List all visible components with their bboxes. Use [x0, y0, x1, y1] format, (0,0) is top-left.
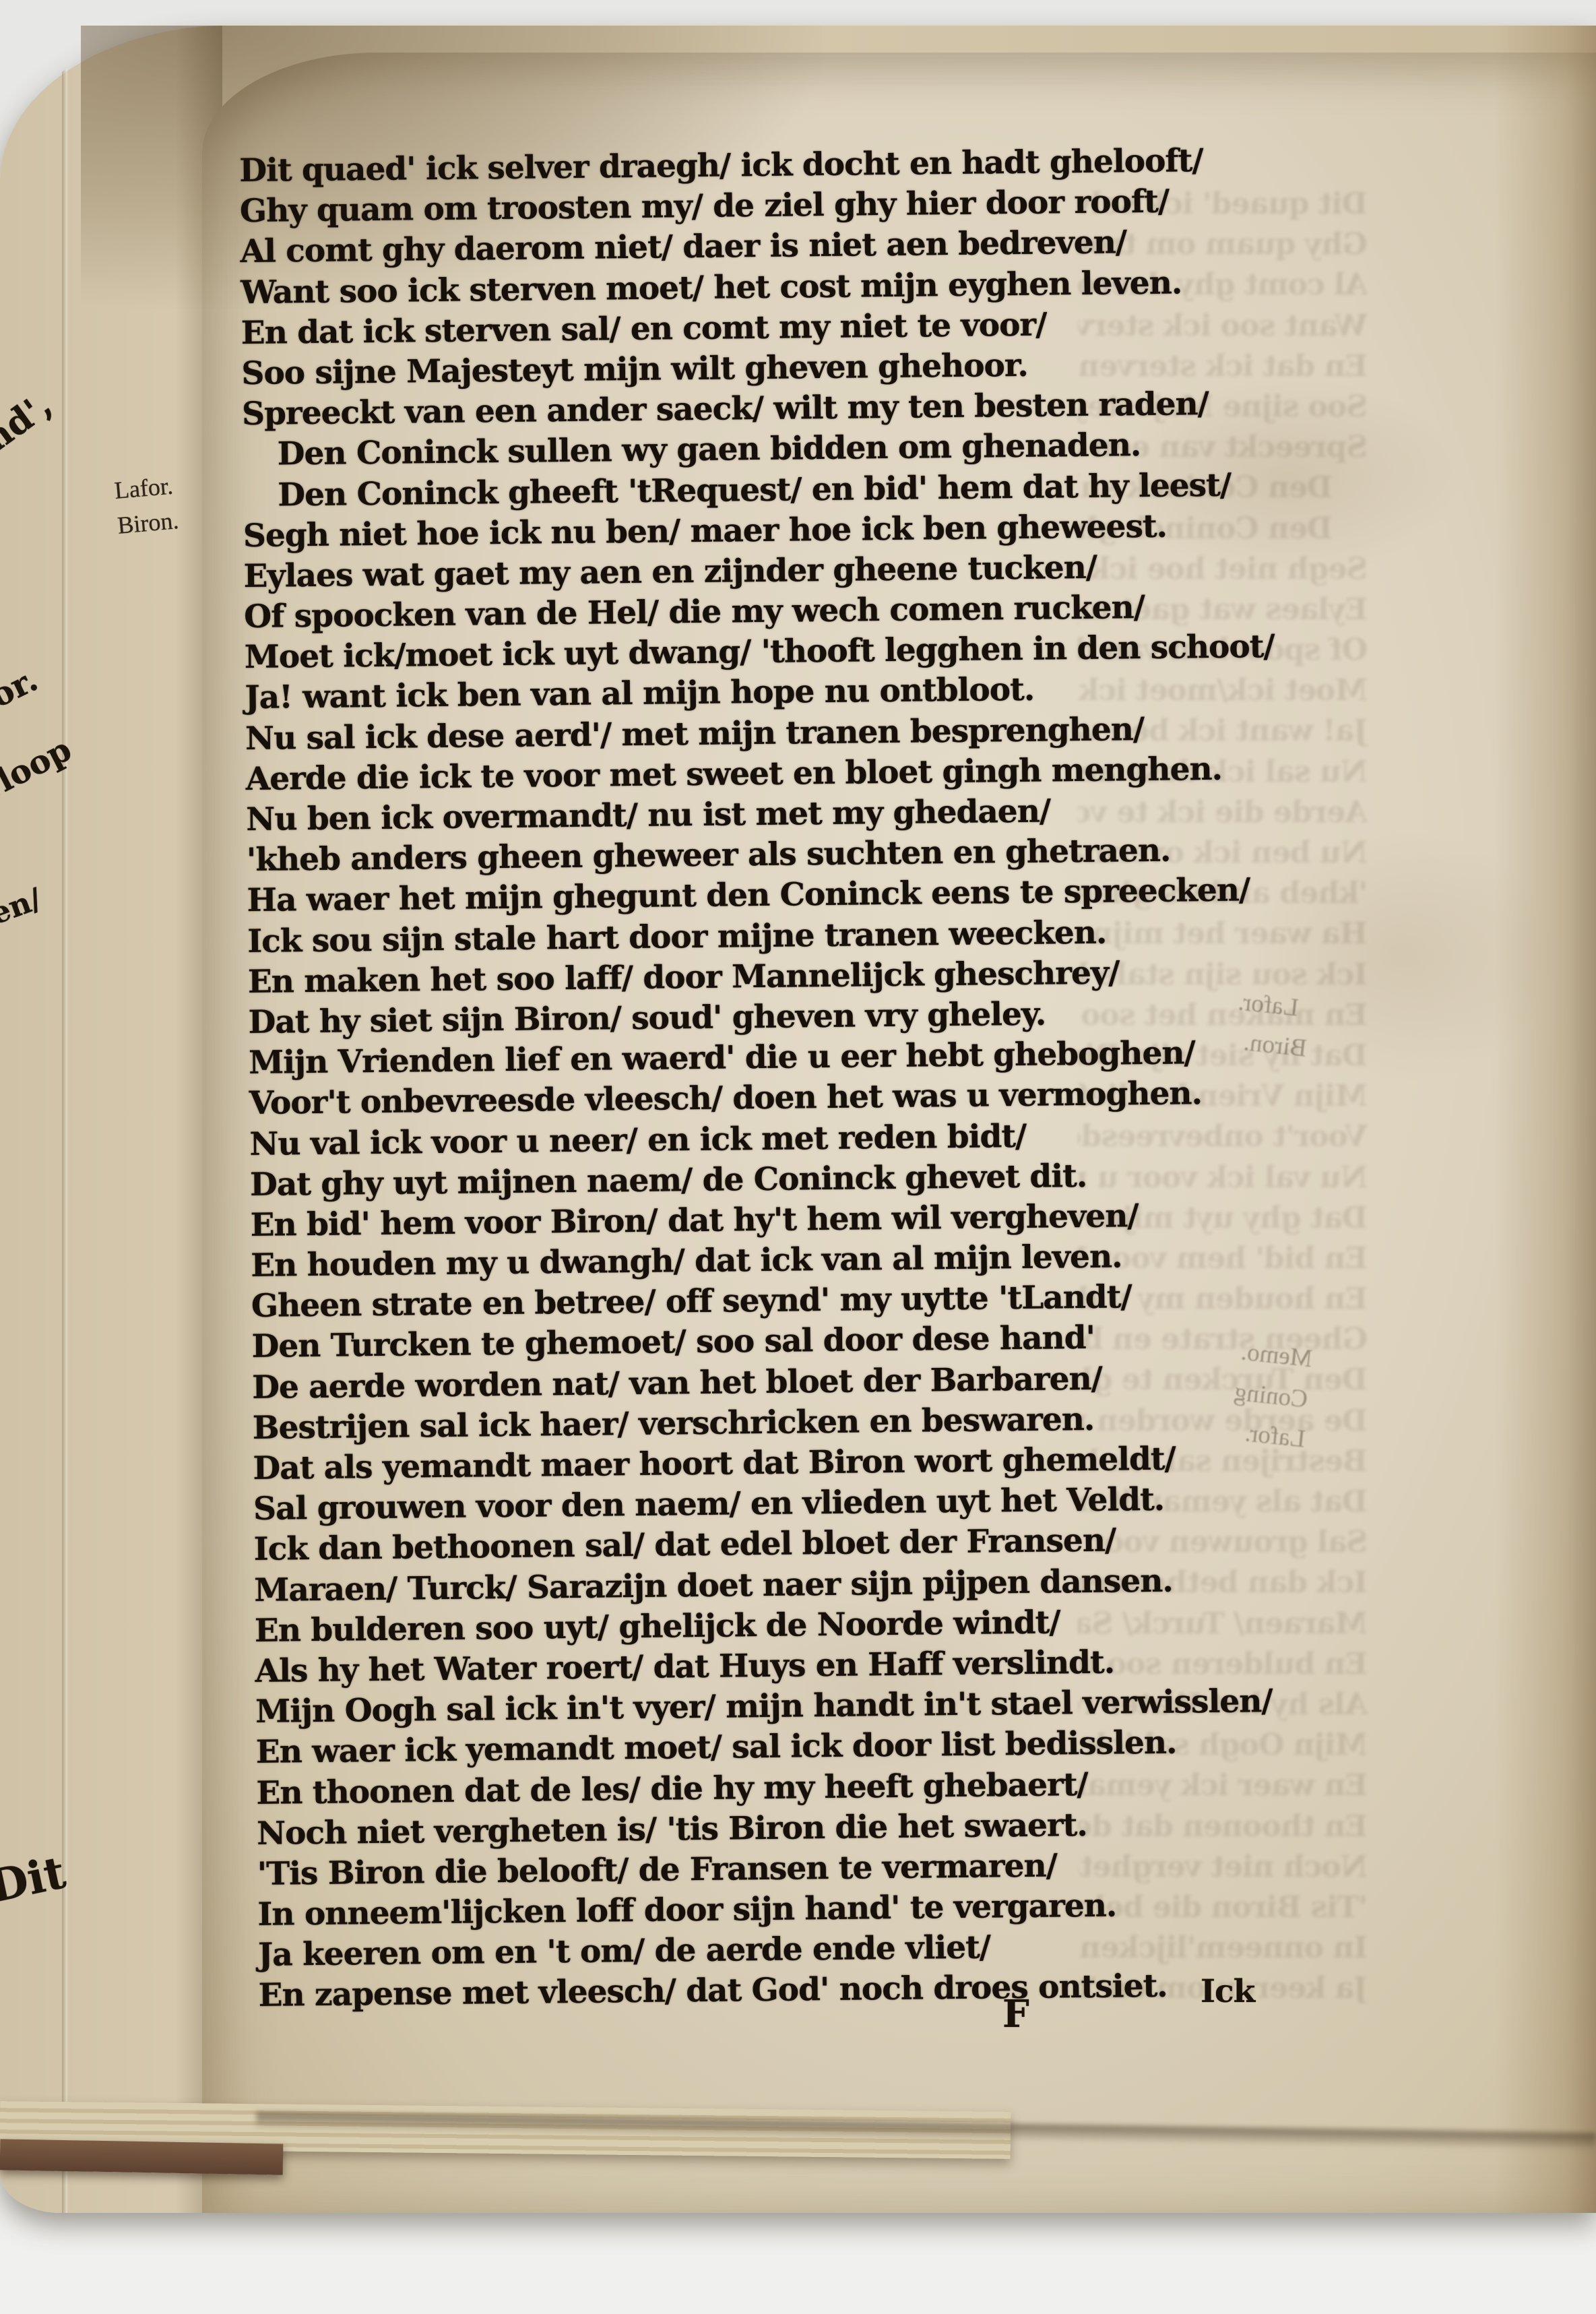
gutter-page-edges: and', oor. erloop en/ Dit — [0, 26, 222, 2213]
margin-note-speaker: Biron. — [116, 503, 180, 543]
verse-text-block: Dit quaed' ick selver draegh/ ick docht … — [239, 140, 1310, 2017]
facing-page-fragment: erloop — [0, 730, 77, 817]
facing-page-fragment: en/ — [0, 882, 46, 932]
margin-note-speaker: Lafor. — [113, 468, 177, 508]
book-photo: and', oor. erloop en/ Dit Dit quaed' ick… — [0, 0, 1596, 2314]
margin-notes: Lafor.Biron. — [113, 468, 181, 543]
facing-page-fragment: oor. — [0, 661, 44, 725]
facing-page-fragment: and', — [0, 384, 59, 474]
book-cover-edge — [0, 2139, 283, 2175]
signature-mark: F — [1002, 1992, 1029, 2036]
open-book: and', oor. erloop en/ Dit Dit quaed' ick… — [0, 26, 1596, 2213]
catchword: Ick — [1201, 1973, 1254, 2010]
facing-page-fragment: Dit — [0, 1846, 70, 1913]
